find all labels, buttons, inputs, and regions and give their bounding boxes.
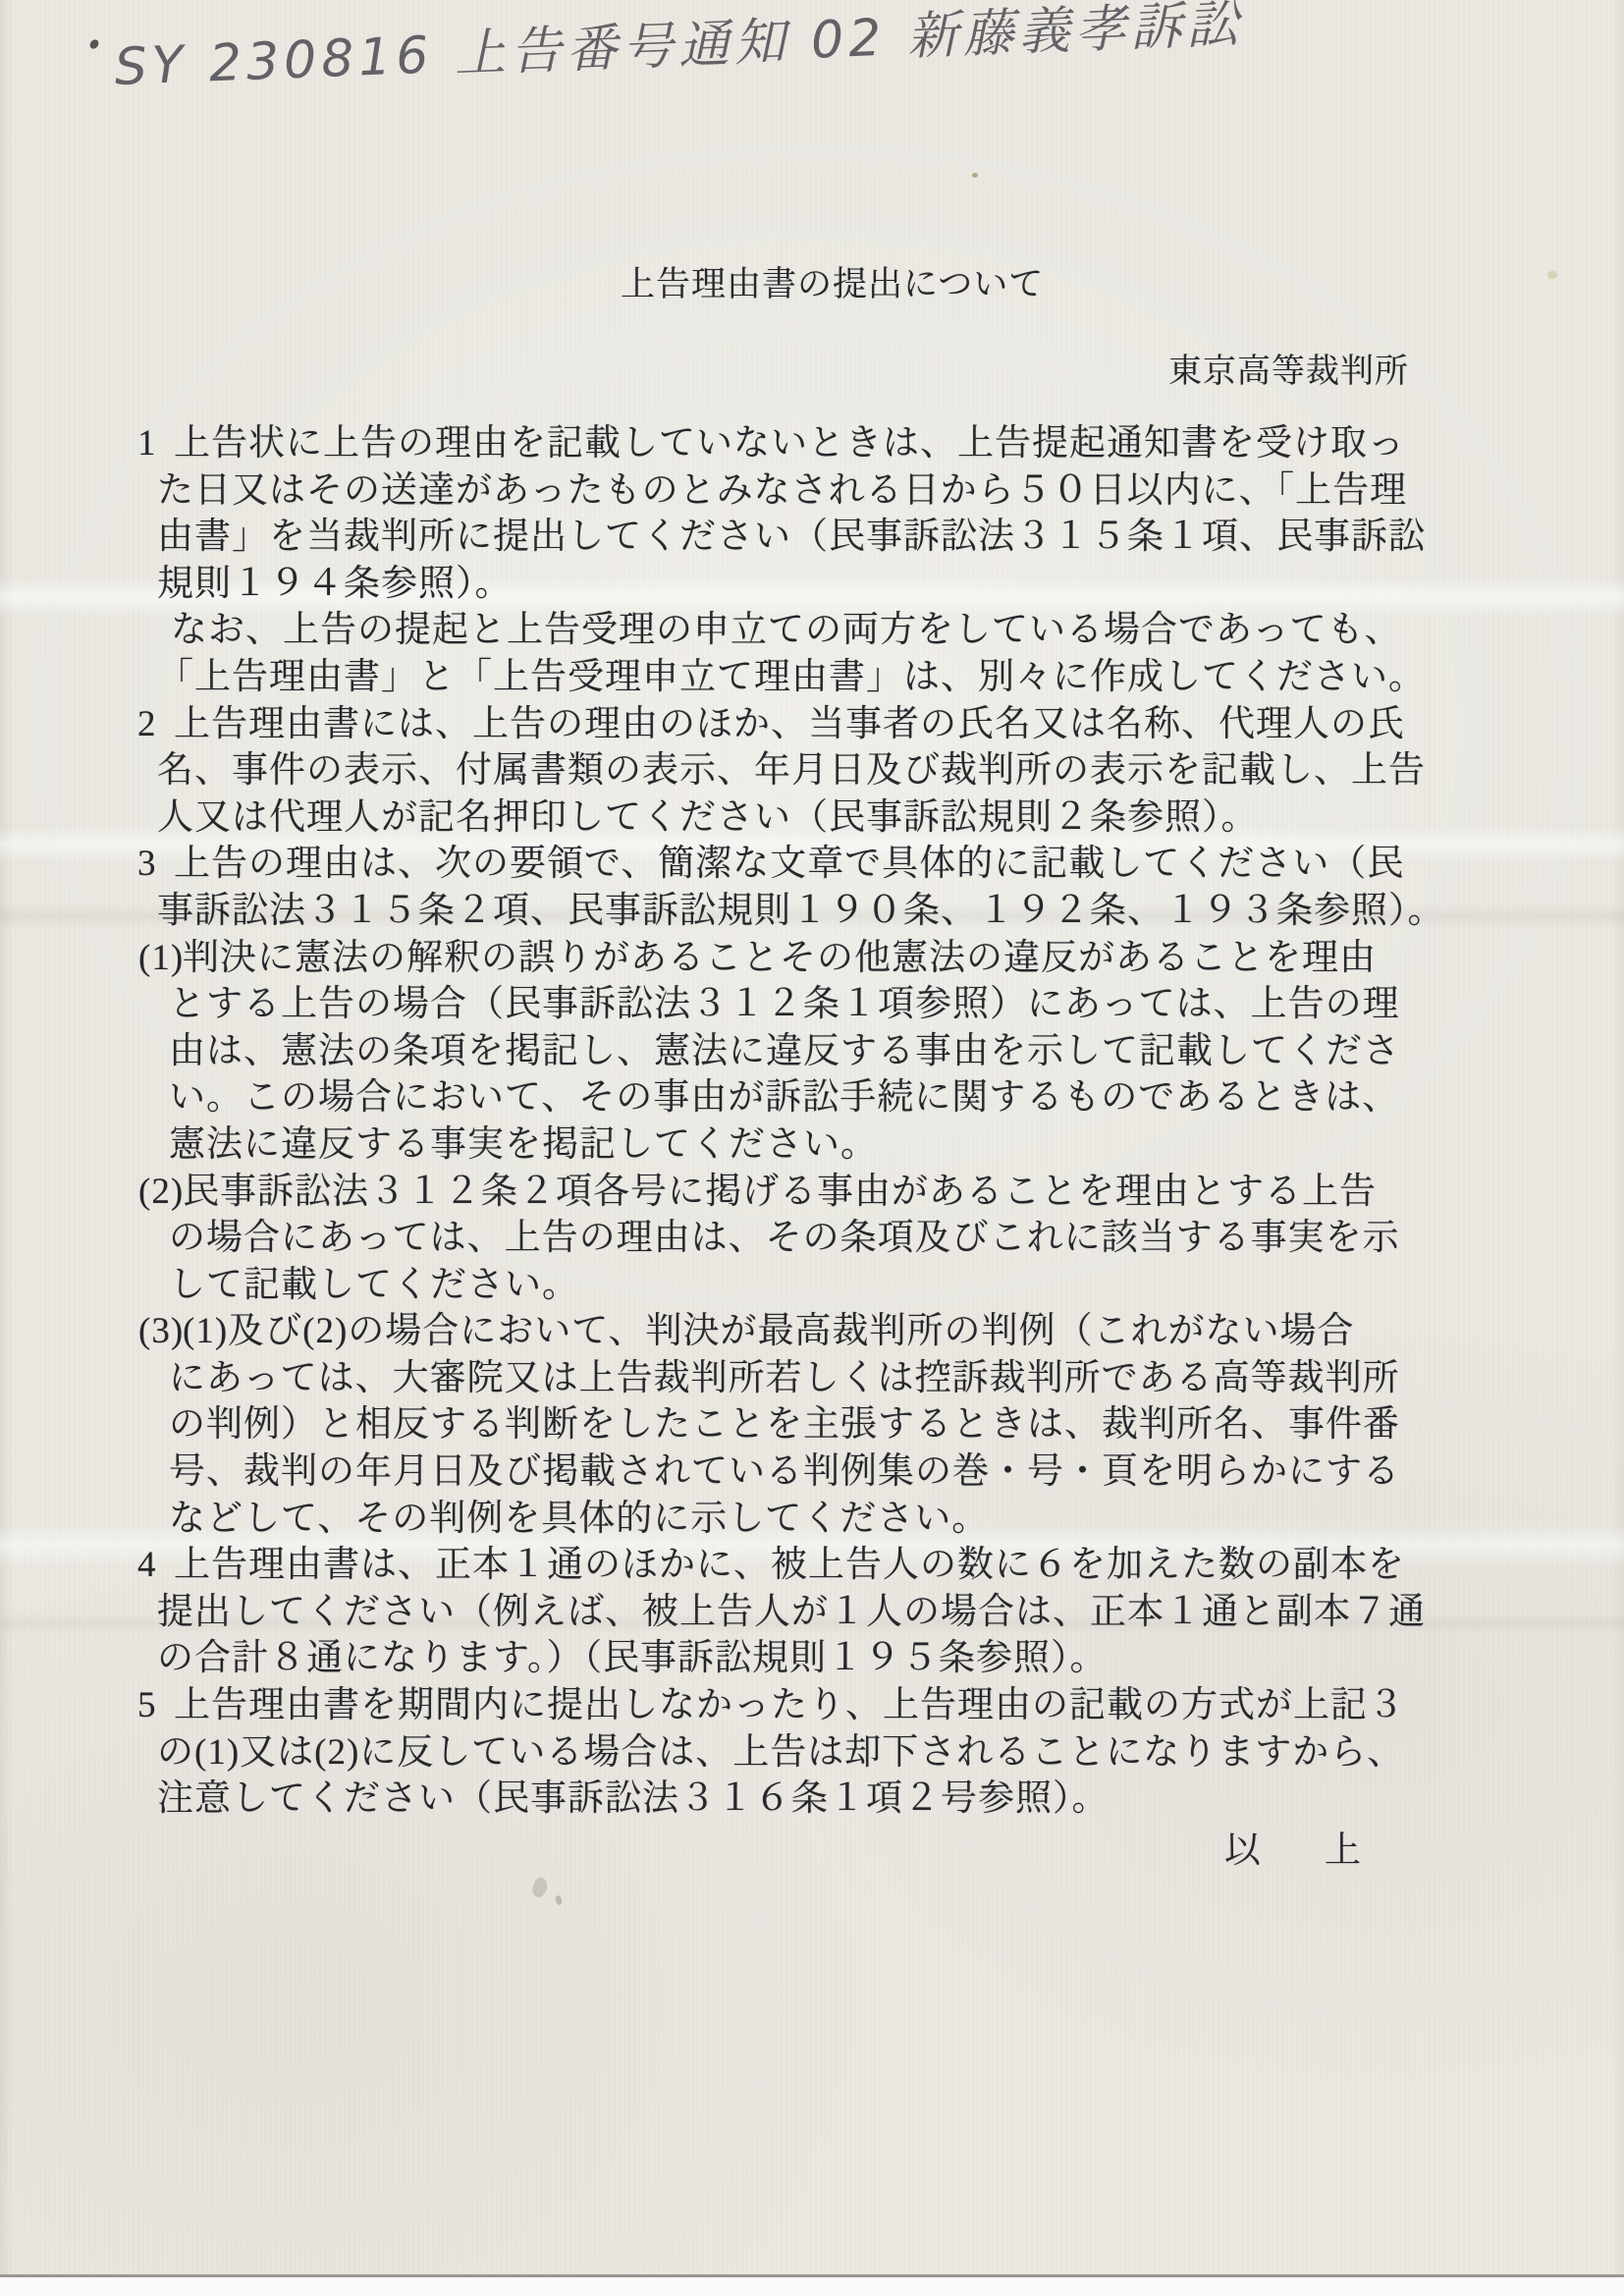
line-text: の合計８通になります。）（民事訴訟規則１９５条参照）。	[157, 1638, 1108, 1678]
document-line: の場合にあっては、上告の理由は、その条項及びこれに該当する事実を示	[0, 1215, 1624, 1262]
document-line: して記載してください。	[0, 1262, 1624, 1309]
document-line: 由書」を当裁判所に提出してください（民事訴訟法３１５条１項、民事訴訟	[0, 514, 1624, 561]
page-title: 上告理由書の提出について	[621, 257, 1044, 306]
item-number: 1	[137, 420, 157, 467]
ink-speck	[88, 38, 100, 51]
line-text: にあっては、大審院又は上告裁判所若しくは控訴裁判所である高等裁判所	[169, 1358, 1400, 1398]
document-line: 由は、憲法の条項を掲記し、憲法に違反する事由を示して記載してくださ	[0, 1028, 1624, 1075]
line-text: 規則１９４条参照）。	[157, 564, 513, 604]
line-text: の判例）と相反する判断をしたことを主張するときは、裁判所名、事件番	[169, 1404, 1400, 1445]
document-line: 提出してください（例えば、被上告人が１人の場合は、正本１通と副本７通	[0, 1589, 1624, 1636]
line-text: 上告理由書は、正本１通のほかに、被上告人の数に６を加えた数の副本を	[174, 1545, 1405, 1585]
document-line: 憲法に違反する事実を掲記してください。	[0, 1121, 1624, 1169]
subitem-number: (3)	[138, 1308, 184, 1355]
line-text: た日又はその送達があったものとみなされる日から５０日以内に、「上告理	[157, 470, 1407, 511]
paper-sheet: SY 230816 上告番号通知 02 新藤義孝訴訟 上告理由書の提出について …	[0, 0, 1624, 2277]
document-line: 1上告状に上告の理由を記載していないときは、上告提起通知書を受け取っ	[0, 420, 1624, 467]
document-line: 2上告理由書には、上告の理由のほか、当事者の氏名又は名称、代理人の氏	[0, 701, 1624, 748]
item-number: 4	[137, 1542, 157, 1589]
document-line: とする上告の場合（民事訴訟法３１２条１項参照）にあっては、上告の理	[0, 981, 1624, 1028]
line-text: 上告状に上告の理由を記載していないときは、上告提起通知書を受け取っ	[174, 423, 1405, 464]
document-line: 「上告理由書」と「上告受理申立て理由書」は、別々に作成してください。	[0, 654, 1624, 701]
document-line: (3)(1)及び(2)の場合において、判決が最高裁判所の判例（これがない場合	[0, 1308, 1624, 1355]
document-line: 名、事件の表示、付属書類の表示、年月日及び裁判所の表示を記載し、上告	[0, 747, 1624, 794]
document-line: (2)民事訴訟法３１２条２項各号に掲げる事由があることを理由とする上告	[0, 1169, 1624, 1216]
document-line: 人又は代理人が記名押印してください（民事訴訟規則２条参照）。	[0, 794, 1624, 842]
document-line: た日又はその送達があったものとみなされる日から５０日以内に、「上告理	[0, 467, 1624, 515]
line-text: 事訴訟法３１５条２項、民事訴訟規則１９０条、１９２条、１９３条参照）。	[157, 891, 1445, 931]
document-line: (1)判決に憲法の解釈の誤りがあることその他憲法の違反があることを理由	[0, 935, 1624, 982]
document-line: 規則１９４条参照）。	[0, 561, 1624, 608]
line-text: 号、裁判の年月日及び掲載されている判例集の巻・号・頁を明らかにする	[169, 1451, 1400, 1492]
line-text: なお、上告の提起と上告受理の申立ての両方をしている場合であっても、	[171, 610, 1402, 650]
closing-mark: 以 上	[1224, 1820, 1375, 1873]
handwritten-note: SY 230816 上告番号通知 02 新藤義孝訴訟	[113, 0, 1244, 99]
document-line: 注意してください（民事訴訟法３１６条１項２号参照）。	[0, 1776, 1624, 1823]
line-text: い。この場合において、その事由が訴訟手続に関するものであるときは、	[169, 1077, 1399, 1118]
document-line: 事訴訟法３１５条２項、民事訴訟規則１９０条、１９２条、１９３条参照）。	[0, 888, 1624, 935]
document-line: 号、裁判の年月日及び掲載されている判例集の巻・号・頁を明らかにする	[0, 1449, 1624, 1496]
line-text: 上告理由書を期間内に提出しなかったり、上告理由の記載の方式が上記３	[174, 1685, 1405, 1725]
document-line: の判例）と相反する判断をしたことを主張するときは、裁判所名、事件番	[0, 1401, 1624, 1449]
paper-stain	[1547, 271, 1557, 279]
paper-speck	[972, 173, 978, 178]
document-line: にあっては、大審院又は上告裁判所若しくは控訴裁判所である高等裁判所	[0, 1355, 1624, 1402]
document-line: の(1)又は(2)に反している場合は、上告は却下されることになりますから、	[0, 1729, 1624, 1777]
line-text: 憲法に違反する事実を掲記してください。	[169, 1124, 878, 1165]
line-text: 「上告理由書」と「上告受理申立て理由書」は、別々に作成してください。	[157, 657, 1426, 697]
issuer-court-name: 東京高等裁判所	[1168, 344, 1409, 392]
document-body: 1上告状に上告の理由を記載していないときは、上告提起通知書を受け取っ た日又はそ…	[0, 420, 1624, 1823]
line-text: 判決に憲法の解釈の誤りがあることその他憲法の違反があることを理由	[183, 938, 1377, 978]
pencil-smudge	[555, 1894, 563, 1905]
line-text: 提出してください（例えば、被上告人が１人の場合は、正本１通と副本７通	[157, 1592, 1426, 1632]
document-line: 5上告理由書を期間内に提出しなかったり、上告理由の記載の方式が上記３	[0, 1682, 1624, 1729]
line-text: などして、その判例を具体的に示してください。	[169, 1499, 989, 1539]
item-number: 3	[137, 841, 157, 888]
line-text: 上告理由書には、上告の理由のほか、当事者の氏名又は名称、代理人の氏	[174, 704, 1405, 744]
line-text: 注意してください（民事訴訟法３１６条１項２号参照）。	[157, 1778, 1110, 1819]
document-line: 4上告理由書は、正本１通のほかに、被上告人の数に６を加えた数の副本を	[0, 1542, 1624, 1589]
line-text: 人又は代理人が記名押印してください（民事訴訟規則２条参照）。	[157, 797, 1259, 838]
document-line: なお、上告の提起と上告受理の申立ての両方をしている場合であっても、	[0, 607, 1624, 654]
line-text: の場合にあっては、上告の理由は、その条項及びこれに該当する事実を示	[169, 1218, 1400, 1258]
document-line: などして、その判例を具体的に示してください。	[0, 1496, 1624, 1543]
line-text: の(1)又は(2)に反している場合は、上告は却下されることになりますから、	[157, 1732, 1404, 1773]
document-line: い。この場合において、その事由が訴訟手続に関するものであるときは、	[0, 1074, 1624, 1121]
item-number: 5	[137, 1682, 157, 1729]
pencil-smudge	[530, 1876, 550, 1899]
scanner-background	[0, 2277, 1624, 2296]
document-line: 3上告の理由は、次の要領で、簡潔な文章で具体的に記載してください（民	[0, 841, 1624, 888]
line-text: (1)及び(2)の場合において、判決が最高裁判所の判例（これがない場合	[183, 1311, 1355, 1351]
scanned-document-page: { "document": { "handwritten_note": "SY …	[0, 0, 1624, 2296]
line-text: 名、事件の表示、付属書類の表示、年月日及び裁判所の表示を記載し、上告	[157, 750, 1426, 791]
line-text: 上告の理由は、次の要領で、簡潔な文章で具体的に記載してください（民	[174, 844, 1404, 884]
item-number: 2	[137, 701, 157, 748]
subitem-number: (2)	[138, 1169, 184, 1216]
line-text: 由は、憲法の条項を掲記し、憲法に違反する事由を示して記載してくださ	[169, 1031, 1400, 1071]
line-text: 由書」を当裁判所に提出してください（民事訴訟法３１５条１項、民事訴訟	[157, 517, 1426, 557]
document-line: の合計８通になります。）（民事訴訟規則１９５条参照）。	[0, 1635, 1624, 1682]
line-text: して記載してください。	[169, 1265, 579, 1305]
line-text: とする上告の場合（民事訴訟法３１２条１項参照）にあっては、上告の理	[169, 984, 1400, 1024]
subitem-number: (1)	[138, 935, 184, 982]
line-text: 民事訴訟法３１２条２項各号に掲げる事由があることを理由とする上告	[183, 1172, 1377, 1212]
